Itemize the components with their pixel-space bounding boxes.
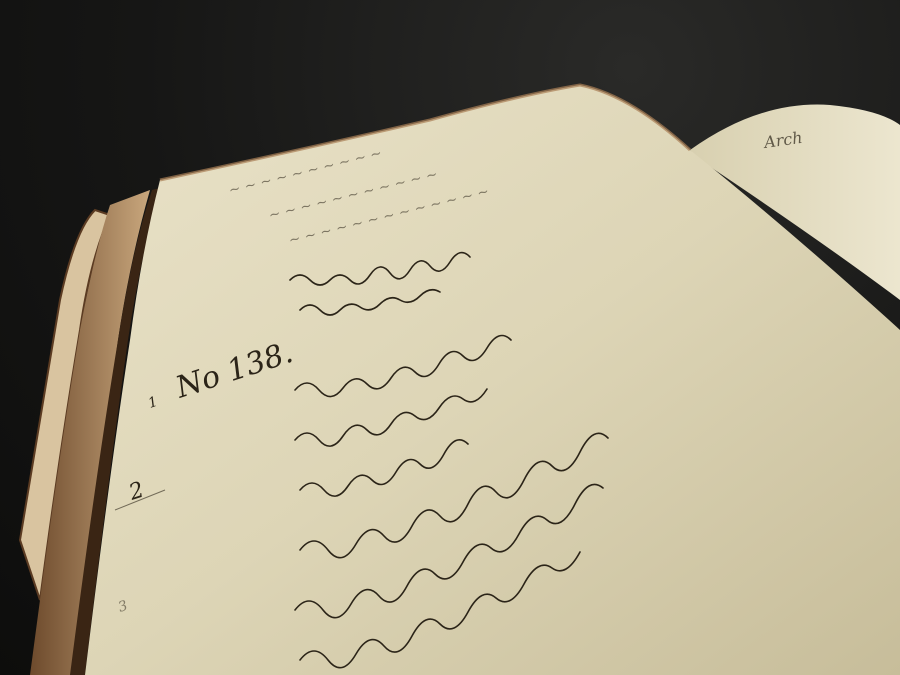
book-illustration: ~ ~ ~ ~ ~ ~ ~ ~ ~ ~ ~ ~ ~ ~ ~ ~ ~ ~ ~ ~ …: [0, 0, 900, 675]
photo-scene: ~ ~ ~ ~ ~ ~ ~ ~ ~ ~ ~ ~ ~ ~ ~ ~ ~ ~ ~ ~ …: [0, 0, 900, 675]
